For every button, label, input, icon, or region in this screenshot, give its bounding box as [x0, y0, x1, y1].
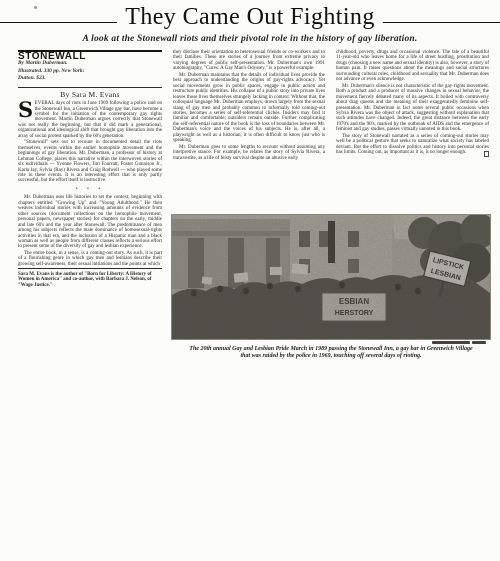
subtitle: A look at the Stonewall riots and their … [0, 34, 500, 44]
photo-block: ESBIAN HERSTORY LIPSTICK LESBIAN The 20t… [172, 215, 490, 360]
paragraph: Mr. Duberman goes to some lengths to rec… [173, 145, 325, 161]
paragraph: Mr. Duberman maintains that the details … [173, 73, 325, 144]
paragraph: childhood, poverty, drugs and occasional… [336, 50, 489, 83]
headline-rule-left [0, 22, 117, 23]
book-title: STONEWALL [18, 54, 162, 59]
headline-row: They Came Out Fighting [0, 4, 500, 30]
paragraph: "Stonewall" sets out to recount in docum… [18, 140, 162, 184]
photo-credit-bar [432, 341, 470, 344]
paragraph: The story of Stonewall narrated as a ser… [336, 134, 489, 156]
photo-credit-microtext [172, 341, 486, 345]
paragraph: Mr. Duberman uses life histories to set … [18, 195, 162, 250]
book-author: By Martin Duberman. [18, 60, 162, 66]
pride-march-photo: ESBIAN HERSTORY LIPSTICK LESBIAN [172, 215, 490, 339]
reviewer-byline: By Sara M. Evans [18, 92, 162, 97]
reviewer-bio: Sara M. Evans is the author of "Born for… [18, 268, 162, 288]
book-info-block: STONEWALL By Martin Duberman. Illustrate… [18, 50, 162, 82]
paragraph: SEVERAL days of riots in June 1969 follo… [18, 101, 162, 139]
book-details-line1: Illustrated. 330 pp. New York: [18, 68, 162, 74]
drop-cap: S [18, 101, 35, 118]
paragraph: Mr. Duberman's silence is not characteri… [336, 84, 489, 133]
column-1: STONEWALL By Martin Duberman. Illustrate… [18, 50, 162, 289]
section-separator-dots: • • • [18, 187, 162, 192]
book-details-line2: Dutton. $23. [18, 75, 162, 81]
column-divider-rule [18, 87, 162, 88]
end-of-article-mark [484, 151, 490, 157]
photo-grain-overlay [172, 215, 490, 339]
headline-rule-right [383, 22, 500, 23]
paragraph-text: EVERAL days of riots in June 1969 follow… [18, 101, 162, 139]
page-title: They Came Out Fighting [125, 4, 374, 30]
newspaper-page: They Came Out Fighting A look at the Sto… [0, 0, 500, 561]
photo-credit-bar [472, 341, 486, 344]
photo-caption: The 20th annual Gay and Lesbian Pride Ma… [172, 346, 490, 360]
paragraph: The entire book, in a sense, is a coming… [18, 251, 162, 267]
paragraph-text: The story of Stonewall narrated as a ser… [336, 134, 489, 155]
paragraph: they disclose their orientation to heter… [173, 50, 325, 72]
